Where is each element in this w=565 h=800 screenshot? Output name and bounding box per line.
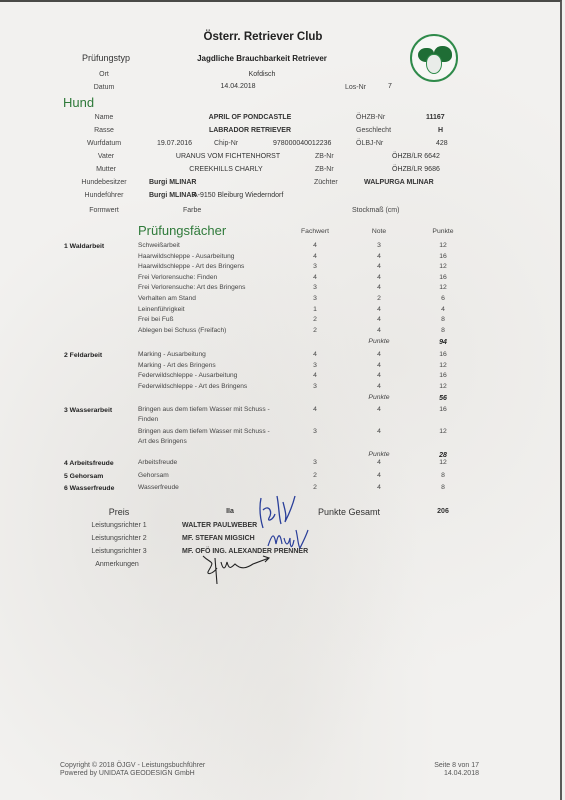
category-label: 2 Feldarbeit	[64, 352, 102, 359]
footer-right: Seite 8 von 17 14.04.2018	[434, 762, 479, 778]
zuechter-label: Züchter	[314, 179, 338, 186]
richter1-value: WALTER PAULWEBER	[182, 522, 257, 529]
subject-name: Frei bei Fuß	[138, 316, 174, 323]
note-value: 4	[377, 372, 381, 379]
richter2-value: MF. STEFAN MIGSICH	[182, 535, 255, 542]
chip-label: Chip-Nr	[214, 140, 238, 147]
fuehrer-label: Hundeführer	[85, 192, 124, 199]
note-value: 4	[377, 327, 381, 334]
fachwert-value: 2	[313, 327, 317, 334]
chip-value: 978000040012236	[273, 140, 331, 147]
fachwert-value: 3	[313, 295, 317, 302]
note-value: 4	[377, 428, 381, 435]
pruefungstyp-value: Jagdliche Brauchbarkeit Retriever	[197, 54, 327, 63]
vater-value: URANUS VOM FICHTENHORST	[176, 153, 280, 160]
fachwert-value: 2	[313, 484, 317, 491]
farbe-label: Farbe	[183, 207, 201, 214]
note-value: 4	[377, 274, 381, 281]
rasse-label: Rasse	[94, 127, 114, 134]
fachwert-value: 3	[313, 263, 317, 270]
note-value: 4	[377, 459, 381, 466]
footer-left: Copyright © 2018 ÖJGV - Leistungsbuchfüh…	[60, 762, 205, 778]
note-value: 4	[377, 306, 381, 313]
zuechter-value: WALPURGA MLINAR	[364, 179, 434, 186]
subject-name: Arbeitsfreude	[138, 459, 177, 466]
subtotal-label: Punkte	[368, 394, 389, 401]
fachwert-value: 4	[313, 253, 317, 260]
punkte-value: 12	[439, 428, 447, 435]
category-label: 1 Waldarbeit	[64, 243, 104, 250]
footer-powered: Powered by UNIDATA GEODESIGN GmbH	[60, 770, 205, 778]
mutter-label: Mutter	[96, 166, 116, 173]
losnr-value: 7	[388, 83, 392, 90]
fachwert-value: 4	[313, 406, 317, 413]
stockmass-label: Stockmaß (cm)	[352, 207, 399, 214]
fuehrer-address: A-9150 Bleiburg Wiederndorf	[193, 192, 283, 199]
vater-zb-label: ZB-Nr	[315, 153, 334, 160]
subtotal-label: Punkte	[368, 451, 389, 458]
fachwert-value: 4	[313, 351, 317, 358]
oelbj-label: ÖLBJ-Nr	[356, 140, 383, 147]
subject-name: Frei Verlorensuche: Art des Bringens	[138, 284, 245, 291]
subject-name: Federwildschleppe - Art des Bringens	[138, 383, 247, 390]
punkte-value: 12	[439, 362, 447, 369]
punkte-value: 8	[441, 327, 445, 334]
note-value: 4	[377, 362, 381, 369]
fachwert-value: 3	[313, 362, 317, 369]
club-logo-icon	[410, 34, 458, 82]
geschlecht-label: Geschlecht	[356, 127, 391, 134]
fachwert-value: 4	[313, 372, 317, 379]
ort-value: Kofdisch	[249, 71, 276, 78]
subject-name: Marking - Art des Bringens	[138, 362, 216, 369]
punkte-value: 12	[439, 242, 447, 249]
signature-3-icon	[195, 550, 275, 588]
footer-copyright: Copyright © 2018 ÖJGV - Leistungsbuchfüh…	[60, 762, 205, 770]
oehzb-label: ÖHZB-Nr	[356, 114, 385, 121]
subject-name: Federwildschleppe - Ausarbeitung	[138, 372, 237, 379]
datum-label: Datum	[94, 84, 115, 91]
signature-1-icon	[255, 490, 305, 532]
gesamt-value: 206	[437, 508, 449, 515]
gesamt-label: Punkte Gesamt	[318, 507, 380, 517]
subtotal-value: 94	[439, 339, 447, 346]
fachwert-value: 1	[313, 306, 317, 313]
note-value: 3	[377, 242, 381, 249]
subject-name: Marking - Ausarbeitung	[138, 351, 206, 358]
punkte-value: 16	[439, 372, 447, 379]
footer-page: Seite 8 von 17	[434, 762, 479, 770]
note-value: 4	[377, 316, 381, 323]
subject-name: Haarwildschleppe - Art des Bringens	[138, 263, 244, 270]
punkte-value: 8	[441, 472, 445, 479]
subject-name: Bringen aus dem tiefem Wasser mit Schuss…	[138, 428, 270, 435]
besitzer-value: Burgi MLINAR	[149, 179, 196, 186]
subject-name: Leinenführigkeit	[138, 306, 185, 313]
club-title: Österr. Retriever Club	[204, 31, 323, 43]
fachwert-value: 4	[313, 242, 317, 249]
note-value: 4	[377, 253, 381, 260]
col-fachwert-header: Fachwert	[301, 228, 329, 235]
note-value: 2	[377, 295, 381, 302]
richter3-value: MF. OFÖ ING. ALEXANDER PRENNER	[182, 548, 308, 555]
punkte-value: 8	[441, 484, 445, 491]
mutter-zb-label: ZB-Nr	[315, 166, 334, 173]
punkte-value: 16	[439, 253, 447, 260]
fachwert-value: 3	[313, 428, 317, 435]
category-label: 3 Wasserarbeit	[64, 407, 112, 414]
punkte-value: 12	[439, 263, 447, 270]
anmerkungen-label: Anmerkungen	[95, 561, 139, 568]
subject-name: Ablegen bei Schuss (Freifach)	[138, 327, 226, 334]
punkte-value: 8	[441, 316, 445, 323]
fachwert-value: 3	[313, 383, 317, 390]
hund-heading: Hund	[63, 95, 94, 110]
preis-label: Preis	[109, 507, 130, 517]
subject-name: Bringen aus dem tiefem Wasser mit Schuss…	[138, 406, 270, 413]
note-value: 4	[377, 484, 381, 491]
subject-name: Schweißarbeit	[138, 242, 180, 249]
note-value: 4	[377, 284, 381, 291]
richter2-label: Leistungsrichter 2	[91, 535, 146, 542]
besitzer-label: Hundebesitzer	[81, 179, 126, 186]
fachwert-value: 2	[313, 316, 317, 323]
preis-value: IIa	[226, 508, 234, 515]
oelbj-value: 428	[436, 140, 448, 147]
punkte-value: 16	[439, 274, 447, 281]
subtotal-value: 56	[439, 395, 447, 402]
name-value: APRIL OF PONDCASTLE	[209, 114, 292, 121]
subject-name-cont: Finden	[138, 416, 158, 423]
mutter-value: CREEKHILLS CHARLY	[189, 166, 262, 173]
richter1-label: Leistungsrichter 1	[91, 522, 146, 529]
punkte-value: 16	[439, 351, 447, 358]
fachwert-value: 4	[313, 274, 317, 281]
note-value: 4	[377, 472, 381, 479]
pruefungstyp-label: Prüfungstyp	[82, 53, 130, 63]
note-value: 4	[377, 383, 381, 390]
subject-name: Frei Verlorensuche: Finden	[138, 274, 217, 281]
subject-name: Wasserfreude	[138, 484, 179, 491]
subject-name-cont: Art des Bringens	[138, 438, 187, 445]
name-label: Name	[95, 114, 114, 121]
mutter-zb-value: ÖHZB/LR 9686	[392, 166, 440, 173]
geschlecht-value: H	[438, 127, 443, 134]
punkte-value: 6	[441, 295, 445, 302]
note-value: 4	[377, 263, 381, 270]
subject-name: Gehorsam	[138, 472, 169, 479]
pruefung-heading: Prüfungsfächer	[138, 223, 226, 238]
datum-value: 14.04.2018	[220, 83, 255, 90]
wurfdatum-label: Wurfdatum	[87, 140, 121, 147]
category-label: 5 Gehorsam	[64, 473, 103, 480]
fachwert-value: 3	[313, 459, 317, 466]
punkte-value: 12	[439, 459, 447, 466]
category-label: 4 Arbeitsfreude	[64, 460, 114, 467]
formwert-label: Formwert	[89, 207, 119, 214]
punkte-value: 12	[439, 383, 447, 390]
fachwert-value: 2	[313, 472, 317, 479]
subject-name: Haarwildschleppe - Ausarbeitung	[138, 253, 234, 260]
subtotal-label: Punkte	[368, 338, 389, 345]
fuehrer-name: Burgi MLINAR	[149, 192, 196, 199]
footer-date: 14.04.2018	[434, 770, 479, 778]
losnr-label: Los-Nr	[345, 84, 366, 91]
punkte-value: 4	[441, 306, 445, 313]
col-punkte-header: Punkte	[432, 228, 453, 235]
wurfdatum-value: 19.07.2016	[157, 140, 192, 147]
rasse-value: LABRADOR RETRIEVER	[209, 127, 291, 134]
punkte-value: 12	[439, 284, 447, 291]
vater-label: Vater	[98, 153, 114, 160]
subject-name: Verhalten am Stand	[138, 295, 196, 302]
vater-zb-value: ÖHZB/LR 6642	[392, 153, 440, 160]
ort-label: Ort	[99, 71, 109, 78]
category-label: 6 Wasserfreude	[64, 485, 114, 492]
note-value: 4	[377, 406, 381, 413]
col-note-header: Note	[372, 228, 386, 235]
punkte-value: 16	[439, 406, 447, 413]
note-value: 4	[377, 351, 381, 358]
fachwert-value: 3	[313, 284, 317, 291]
document-page: Österr. Retriever Club Prüfungstyp Jagdl…	[0, 0, 562, 800]
oehzb-value: 11167	[426, 114, 445, 121]
richter3-label: Leistungsrichter 3	[91, 548, 146, 555]
